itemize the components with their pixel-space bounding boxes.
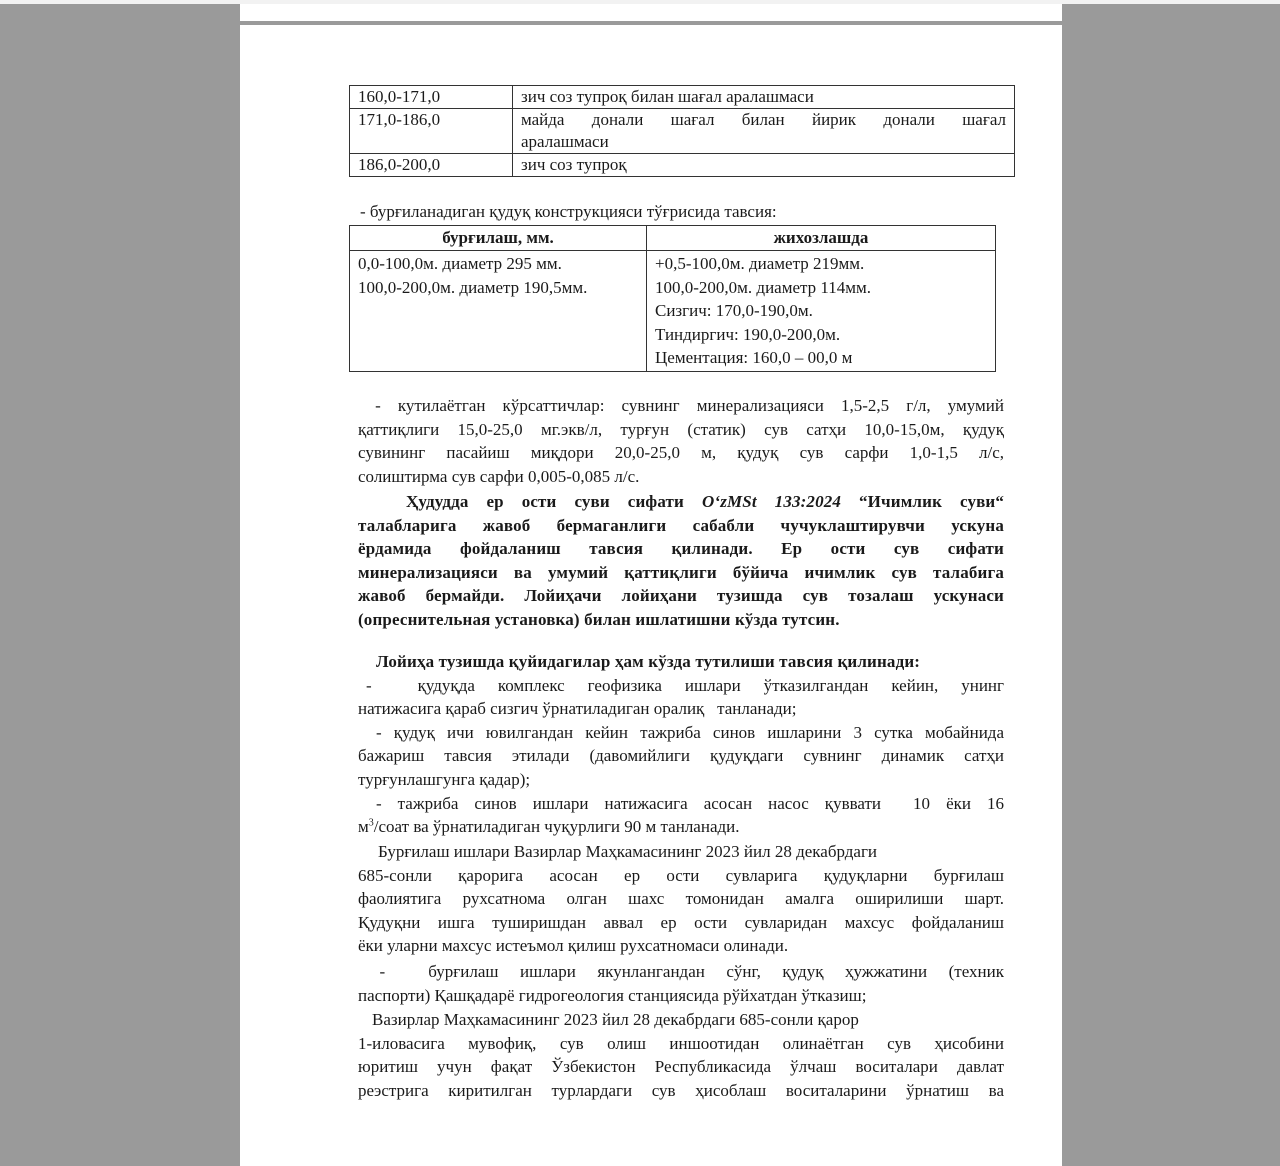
water-quality-note: Ҳудудда ер ости суви сифати O‘zMSt 133:2… xyxy=(358,490,1004,632)
text-line: минерализацияси ва умумий қаттиқлиги бўй… xyxy=(358,561,1004,585)
description-cell: майда донали шағал билан йирик донали ша… xyxy=(513,109,1015,154)
description-text: аралашмаси xyxy=(521,131,1006,153)
equipment-line: Сизгич: 170,0-190,0м. xyxy=(655,299,987,323)
text-line: Қудуқни ишга туширишдан аввал ер ости су… xyxy=(358,911,1004,935)
depth-cell: 171,0-186,0 xyxy=(350,109,513,154)
table-row: 186,0-200,0 зич соз тупроқ xyxy=(350,154,1015,177)
text-fragment: “Ичимлик суви“ xyxy=(841,492,1004,511)
text-line: натижасига қараб сизгич ўрнатиладиган ор… xyxy=(358,697,1004,721)
text-line: - бурғилаш ишлари якунлангандан сўнг, қу… xyxy=(358,960,1004,984)
text-line: турғунлашгунга қадар); xyxy=(358,768,1004,792)
drilling-permit-paragraph: Бурғилаш ишлари Вазирлар Маҳкамасининг 2… xyxy=(358,840,1004,958)
drilling-line: 0,0-100,0м. диаметр 295 мм. xyxy=(358,252,638,276)
table-row: 0,0-100,0м. диаметр 295 мм. 100,0-200,0м… xyxy=(350,251,996,372)
header-drilling: бурғилаш, мм. xyxy=(350,226,647,251)
equipment-line: Цементация: 160,0 – 00,0 м xyxy=(655,346,987,370)
text-line: талабларига жавоб бермаганлиги сабабли ч… xyxy=(358,514,1004,538)
document-page: 160,0-171,0 зич соз тупроқ билан шағал а… xyxy=(240,4,1062,1166)
registration-paragraph: - бурғилаш ишлари якунлангандан сўнг, қу… xyxy=(358,960,1004,1007)
text-line: - қудуқда комплекс геофизика ишлари ўтка… xyxy=(358,674,1004,698)
text-line: сувининг пасайиш миқдори 20,0-25,0 м, қу… xyxy=(358,441,1004,465)
text-line: ёрдамида фойдаланиш тавсия қилинади. Ер … xyxy=(358,537,1004,561)
drilling-line: 100,0-200,0м. диаметр 190,5мм. xyxy=(358,276,638,300)
text-line: ёки уларни махсус истеъмол қилиш рухсатн… xyxy=(358,934,1004,958)
text-line: реэстрига киритилган турлардаги сув ҳисо… xyxy=(358,1079,1004,1103)
description-text: майда донали шағал билан йирик донали ша… xyxy=(521,109,1006,131)
table-row: 160,0-171,0 зич соз тупроқ билан шағал а… xyxy=(350,86,1015,109)
description-text: зич соз тупроқ билан шағал аралашмаси xyxy=(521,87,814,106)
table-header-row: бурғилаш, мм. жихозлашда xyxy=(350,226,996,251)
metering-paragraph: Вазирлар Маҳкамасининг 2023 йил 28 декаб… xyxy=(358,1008,1004,1102)
equipment-line: Тиндиргич: 190,0-200,0м. xyxy=(655,323,987,347)
description-cell: зич соз тупроқ xyxy=(513,154,1015,177)
well-construction-table: бурғилаш, мм. жихозлашда 0,0-100,0м. диа… xyxy=(349,225,996,372)
text-line: 685-сонли қарорига асосан ер ости сувлар… xyxy=(358,864,1004,888)
depth-cell: 186,0-200,0 xyxy=(350,154,513,177)
unit-text: м xyxy=(358,817,369,836)
text-fragment: /соат ва ўрнатиладиган чуқурлиги 90 м та… xyxy=(374,817,740,836)
text-line: м3/соат ва ўрнатиладиган чуқурлиги 90 м … xyxy=(358,815,1004,839)
description-text: зич соз тупроқ xyxy=(521,155,627,174)
recommendations-heading: Лойиҳа тузишда қуйидагилар ҳам кўзда тут… xyxy=(358,650,1004,674)
equipment-line: 100,0-200,0м. диаметр 114мм. xyxy=(655,276,987,300)
text-line: - қудуқ ичи ювилгандан кейин тажриба син… xyxy=(358,721,1004,745)
standard-reference: O‘zMSt 133:2024 xyxy=(702,492,841,511)
text-line: жавоб бермайди. Лойиҳачи лойиҳани тузишд… xyxy=(358,584,1004,608)
text-line: Вазирлар Маҳкамасининг 2023 йил 28 декаб… xyxy=(358,1008,1004,1032)
expected-indicators-paragraph: - кутилаётган кўрсаттичлар: сувнинг мине… xyxy=(358,394,1004,488)
text-line: юритиш учун фақат Ўзбекистон Республикас… xyxy=(358,1055,1004,1079)
soil-layers-table: 160,0-171,0 зич соз тупроқ билан шағал а… xyxy=(349,85,1015,177)
text-line: - тажриба синов ишлари натижасига асосан… xyxy=(358,792,1004,816)
equipment-line: +0,5-100,0м. диаметр 219мм. xyxy=(655,252,987,276)
text-line: қаттиқлиги 15,0-25,0 мг.экв/л, турғун (с… xyxy=(358,418,1004,442)
page-divider xyxy=(240,21,1062,25)
text-fragment: Ҳудудда ер ости суви сифати xyxy=(406,492,702,511)
depth-cell: 160,0-171,0 xyxy=(350,86,513,109)
text-line: паспорти) Қашқадарё гидрогеология станци… xyxy=(358,984,1004,1008)
text-line: (опреснительная установка) билан ишлатиш… xyxy=(358,608,1004,632)
table-row: 171,0-186,0 майда донали шағал билан йир… xyxy=(350,109,1015,154)
text-line: - кутилаётган кўрсаттичлар: сувнинг мине… xyxy=(358,394,1004,418)
construction-intro: - бурғиланадиган қудуқ конструкцияси тўғ… xyxy=(360,202,777,222)
text-line: Бурғилаш ишлари Вазирлар Маҳкамасининг 2… xyxy=(358,840,1004,864)
drilling-cell: 0,0-100,0м. диаметр 295 мм. 100,0-200,0м… xyxy=(350,251,647,372)
equipment-cell: +0,5-100,0м. диаметр 219мм. 100,0-200,0м… xyxy=(647,251,996,372)
header-equipment: жихозлашда xyxy=(647,226,996,251)
text-line: бажариш тавсия этилади (давомийлиги қуду… xyxy=(358,744,1004,768)
recommendations-section: Лойиҳа тузишда қуйидагилар ҳам кўзда тут… xyxy=(358,650,1004,839)
text-line: фаолиятига рухсатнома олган шахс томонид… xyxy=(358,887,1004,911)
text-line: 1-иловасига мувофиқ, сув олиш иншоотидан… xyxy=(358,1032,1004,1056)
text-line: солиштирма сув сарфи 0,005-0,085 л/с. xyxy=(358,465,1004,489)
description-cell: зич соз тупроқ билан шағал аралашмаси xyxy=(513,86,1015,109)
text-line: Ҳудудда ер ости суви сифати O‘zMSt 133:2… xyxy=(358,490,1004,514)
